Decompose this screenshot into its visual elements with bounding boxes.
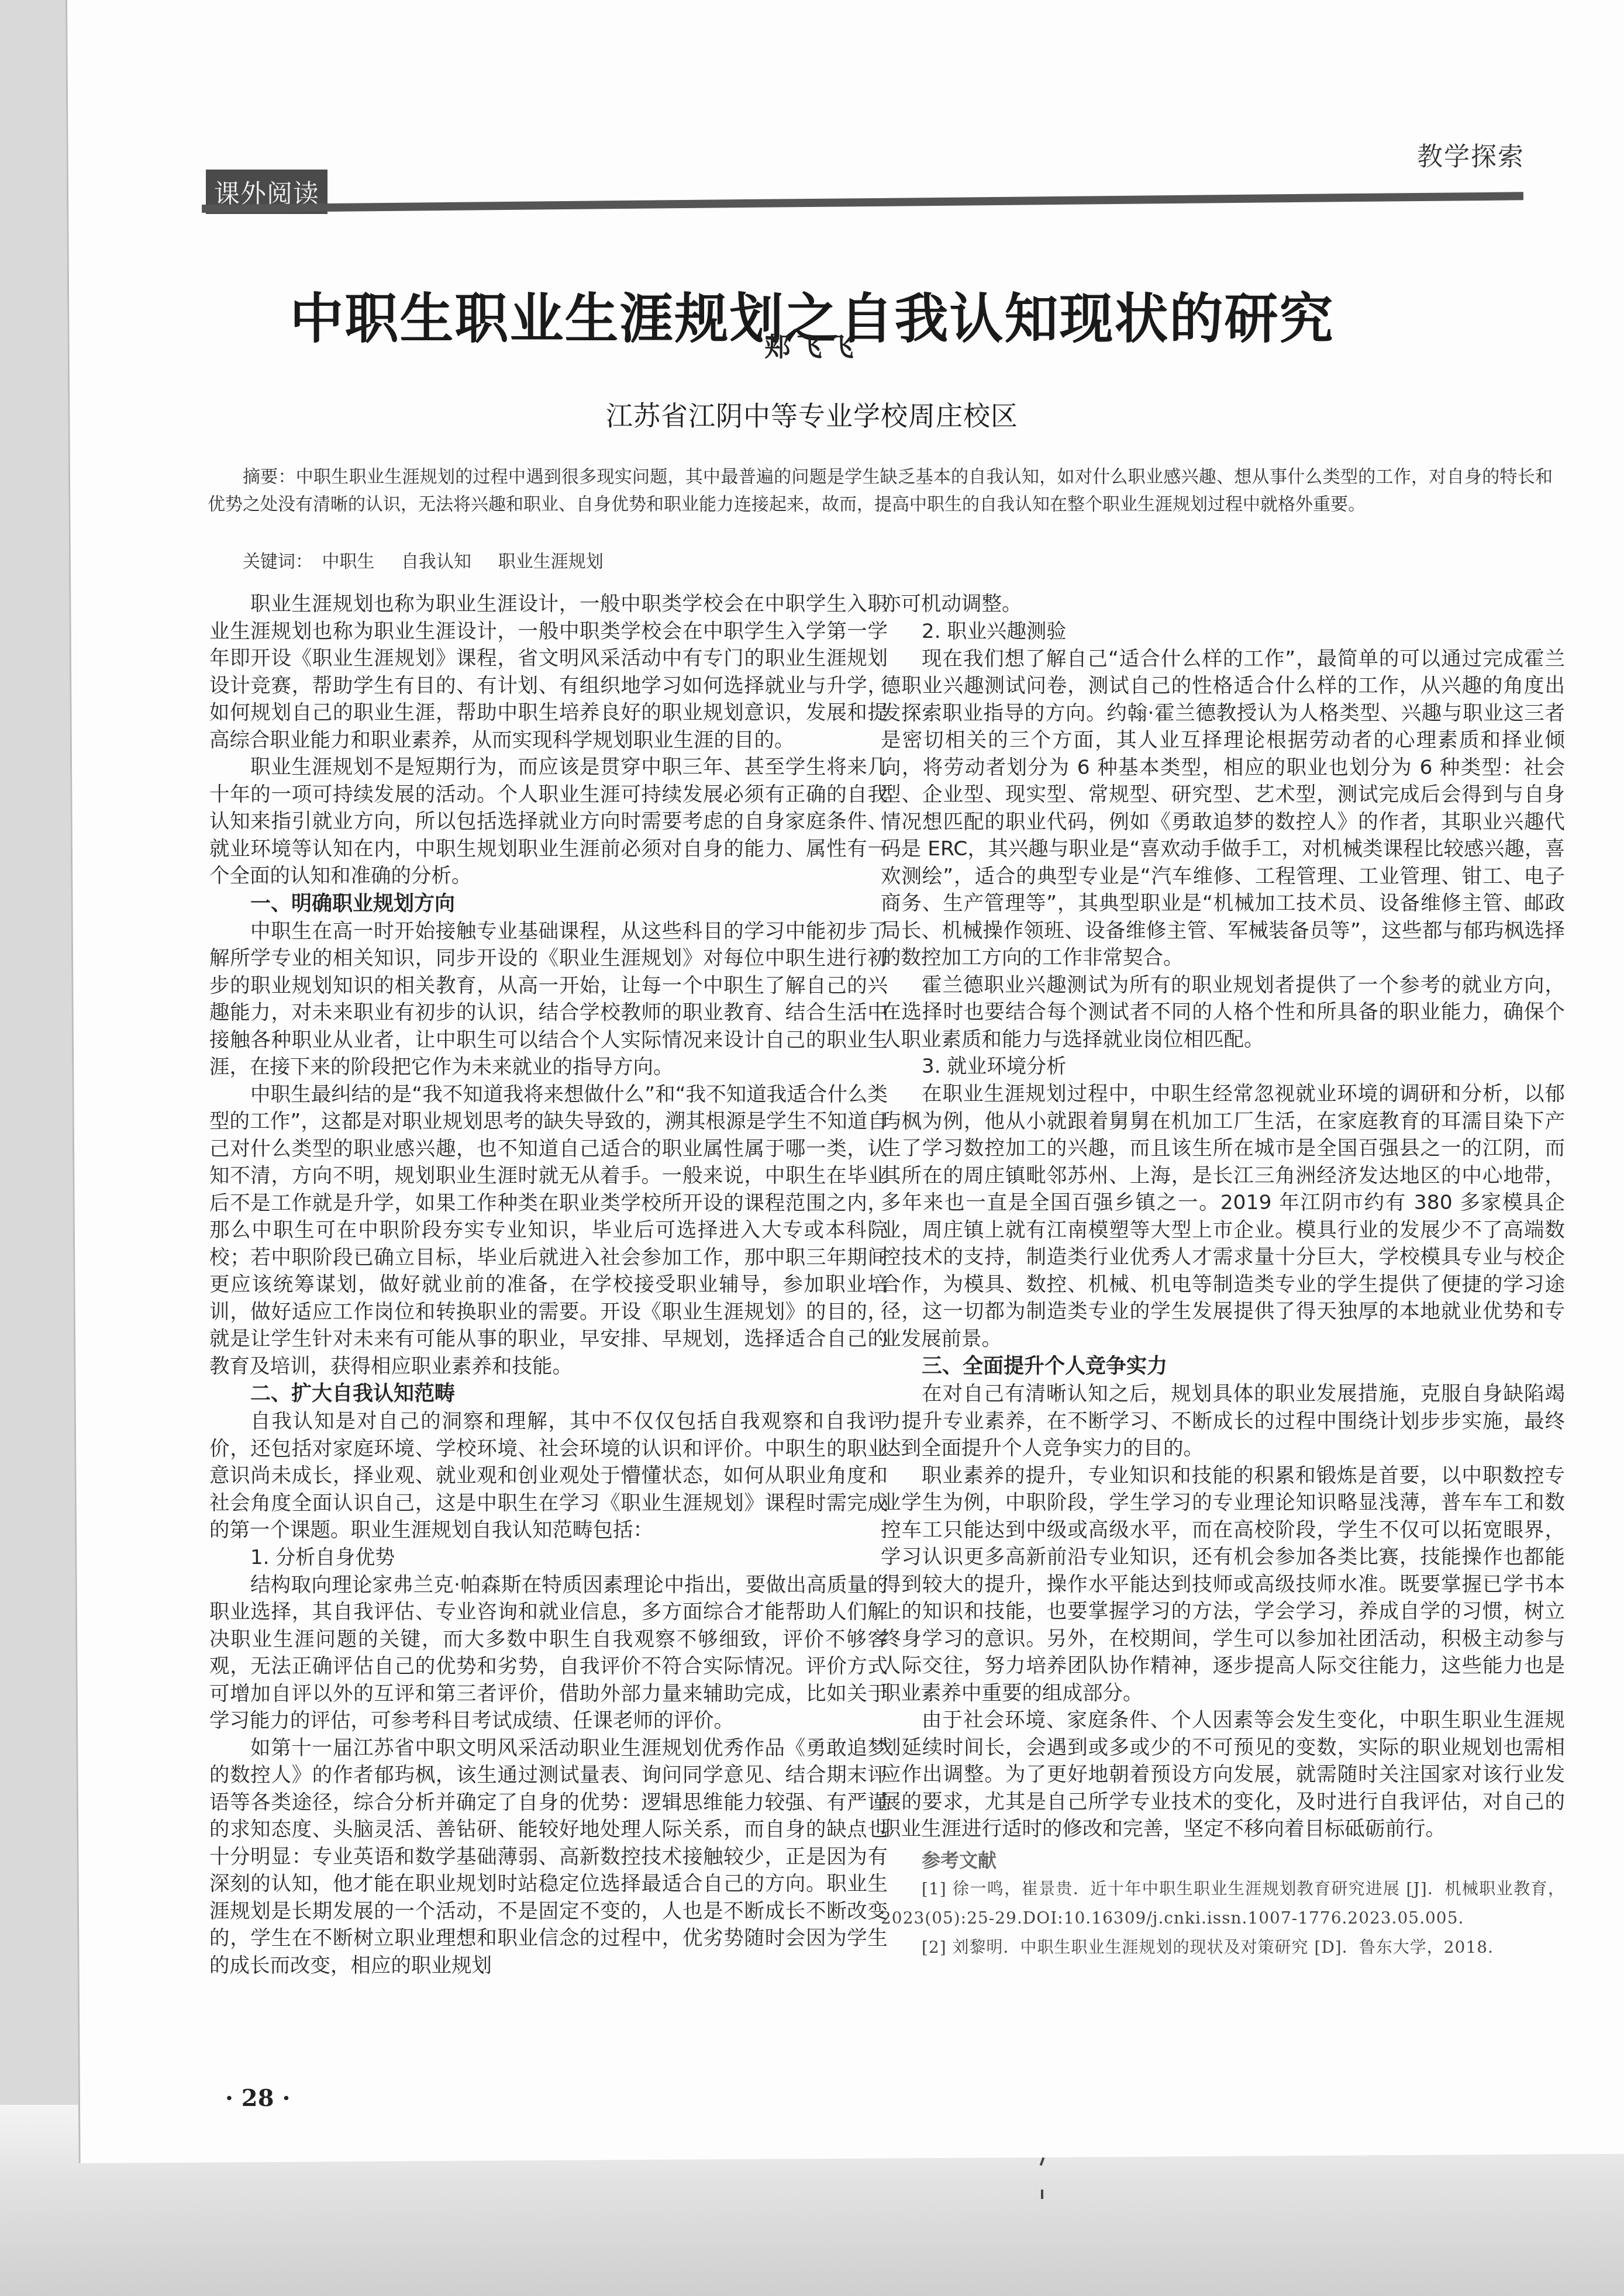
right-column: 亦可机动调整。 2. 职业兴趣测验 现在我们想了解自己“适合什么样的工作”，最简… [881,591,1565,1962]
reference-item: [1] 徐一鸣，崔景贵．近十年中职生职业生涯规划教育研究进展 [J]．机械职业教… [881,1874,1565,1933]
reference-item: [2] 刘黎明．中职生职业生涯规划的现状及对策研究 [D]．鲁东大学，2018. [881,1933,1565,1962]
subsection-heading: 2. 职业兴趣测验 [881,618,1565,645]
paragraph: 职业生涯规划也称为职业生涯设计，一般中职类学校会在中职学生入职业生涯规划也称为职… [209,591,888,754]
abstract: 摘要：中职生职业生涯规划的过程中遇到很多现实问题，其中最普遍的问题是学生缺乏基本… [208,463,1553,518]
section-heading: 一、明确职业规划方向 [209,890,888,918]
paragraph: 中职生在高一时开始接触专业基础课程，从这些科目的学习中能初步了解所学专业的相关知… [209,918,888,1081]
paragraph: 在对自己有清晰认知之后，规划具体的职业发展措施，克服自身缺陷竭力提升专业素养，在… [881,1380,1565,1462]
journal-page: 课外阅读 教学探索 中职生职业生涯规划之自我认知现状的研究 郏飞飞 江苏省江阴中… [0,0,1624,2296]
left-column: 职业生涯规划也称为职业生涯设计，一般中职类学校会在中职学生入职业生涯规划也称为职… [209,591,888,1979]
page-number: · 28 · [225,2084,290,2112]
paragraph: 中职生最纠结的是“我不知道我将来想做什么”和“我不知道我适合什么类型的工作”，这… [209,1081,888,1380]
paragraph: 职业生涯规划不是短期行为，而应该是贯穿中职三年、甚至学生将来几十年的一项可持续发… [209,754,888,890]
section-heading: 三、全面提升个人竞争实力 [881,1352,1565,1380]
paragraph: 亦可机动调整。 [881,591,1565,618]
subsection-heading: 3. 就业环境分析 [881,1053,1565,1080]
column-name: 教学探索 [1417,136,1525,173]
paragraph: 霍兰德职业兴趣测试为所有的职业规划者提供了一个参考的就业方向，在选择时也要结合每… [881,972,1565,1054]
section-heading: 二、扩大自我认知范畴 [209,1380,888,1408]
paragraph: 由于社会环境、家庭条件、个人因素等会发生变化，中职生职业生涯规划延续时间长，会遇… [881,1707,1565,1843]
references-title: 参考文献 [881,1846,1565,1874]
keywords: 关键词： 中职生 自我认知 职业生涯规划 [243,547,625,572]
keywords-label: 关键词： [243,551,313,572]
keyword: 中职生 [322,551,375,572]
author: 郏飞飞 [0,326,1624,364]
paragraph: 职业素养的提升，专业知识和技能的积累和锻炼是首要，以中职数控专业学生为例，中职阶… [881,1462,1565,1707]
scan-speck [1040,2157,1045,2166]
scan-speck [1041,2190,1043,2199]
keyword: 自我认知 [401,551,471,572]
keyword: 职业生涯规划 [498,551,604,572]
paragraph: 自我认知是对自己的洞察和理解，其中不仅仅包括自我观察和自我评价，还包括对家庭环境… [209,1408,888,1544]
affiliation: 江苏省江阴中等专业学校周庄校区 [0,395,1624,433]
paragraph: 现在我们想了解自己“适合什么样的工作”，最简单的可以通过完成霍兰德职业兴趣测试问… [881,645,1565,972]
paragraph: 结构取向理论家弗兰克·帕森斯在特质因素理论中指出，要做出高质量的职业选择，其自我… [209,1572,888,1735]
paragraph: 如第十一届江苏省中职文明风采活动职业生涯规划优秀作品《勇敢追梦的数控人》的作者郁… [209,1735,888,1980]
paragraph: 在职业生涯规划过程中，中职生经常忽视就业环境的调研和分析，以郁玙枫为例，他从小就… [881,1080,1565,1352]
header-rule [202,192,1523,213]
subsection-heading: 1. 分析自身优势 [209,1544,888,1572]
